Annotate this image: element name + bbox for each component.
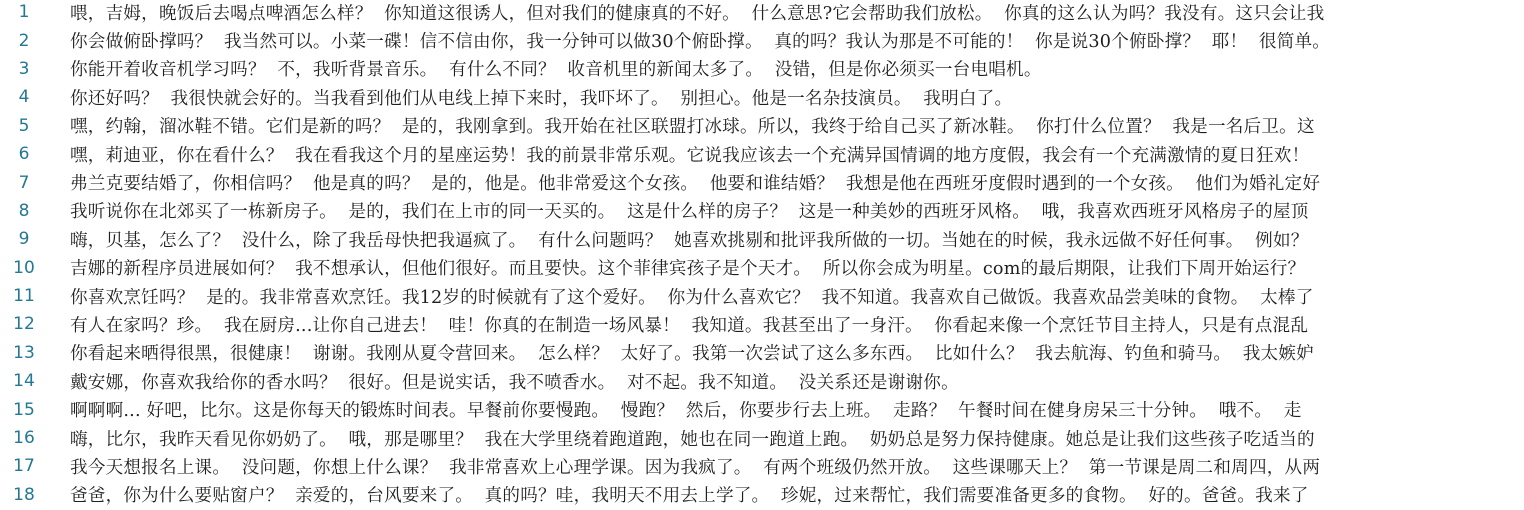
line-number: 4 (0, 87, 46, 107)
line-number: 12 (0, 314, 46, 334)
editor-line[interactable]: 17 我今天想报名上课。 没问题，你想上什么课？ 我非常喜欢上心理学课。因为我疯… (0, 452, 1524, 480)
editor-line[interactable]: 2 你会做俯卧撑吗？ 我当然可以。小菜一碟！信不信由你，我一分钟可以做30个俯卧… (0, 26, 1524, 54)
editor-line[interactable]: 16 嗨，比尔，我昨天看见你奶奶了。 哦，那是哪里？ 我在大学里绕着跑道跑，她也… (0, 424, 1524, 452)
editor-line[interactable]: 5 嘿，约翰，溜冰鞋不错。它们是新的吗？ 是的，我刚拿到。我开始在社区联盟打冰球… (0, 112, 1524, 140)
line-text[interactable]: 你能开着收音机学习吗？ 不，我听背景音乐。 有什么不同？ 收音机里的新闻太多了。… (70, 56, 1042, 81)
editor-line[interactable]: 10 吉娜的新程序员进展如何？ 我不想承认，但他们很好。而且要快。这个菲律宾孩子… (0, 254, 1524, 282)
line-text[interactable]: 戴安娜，你喜欢我给你的香水吗？ 很好。但是说实话，我不喷香水。 对不起。我不知道… (70, 369, 959, 394)
line-text[interactable]: 你还好吗？ 我很快就会好的。当我看到他们从电线上掉下来时，我吓坏了。 别担心。他… (70, 85, 1012, 110)
line-text[interactable]: 弗兰克要结婚了，你相信吗？ 他是真的吗？ 是的，他是。他非常爱这个女孩。 他要和… (70, 170, 1320, 195)
line-text[interactable]: 嘿，莉迪亚，你在看什么？ 我在看我这个月的星座运势！我的前景非常乐观。它说我应该… (70, 142, 1309, 167)
line-text[interactable]: 啊啊啊... 好吧，比尔。这是你每天的锻炼时间表。早餐前你要慢跑。 慢跑？ 然后… (70, 397, 1302, 422)
editor-line[interactable]: 1 喂，吉姆，晚饭后去喝点啤酒怎么样？ 你知道这很诱人，但对我们的健康真的不好。… (0, 0, 1524, 26)
line-number: 13 (0, 343, 46, 363)
text-editor[interactable]: 1 喂，吉姆，晚饭后去喝点啤酒怎么样？ 你知道这很诱人，但对我们的健康真的不好。… (0, 0, 1524, 510)
editor-line[interactable]: 9 嗨，贝基，怎么了？ 没什么，除了我岳母快把我逼疯了。 有什么问题吗？ 她喜欢… (0, 225, 1524, 253)
line-number: 5 (0, 116, 46, 136)
line-text[interactable]: 嗨，贝基，怎么了？ 没什么，除了我岳母快把我逼疯了。 有什么问题吗？ 她喜欢挑剔… (70, 227, 1309, 252)
line-number: 10 (0, 258, 46, 278)
line-number: 3 (0, 59, 46, 79)
line-text[interactable]: 爸爸，你为什么要贴窗户？ 亲爱的，台风要来了。 真的吗？哇，我明天不用去上学了。… (70, 482, 1309, 507)
editor-line[interactable]: 15 啊啊啊... 好吧，比尔。这是你每天的锻炼时间表。早餐前你要慢跑。 慢跑？… (0, 395, 1524, 423)
line-number: 14 (0, 371, 46, 391)
line-number: 17 (0, 456, 46, 476)
line-text[interactable]: 我听说你在北郊买了一栋新房子。 是的，我们在上市的同一天买的。 这是什么样的房子… (70, 198, 1309, 223)
editor-line[interactable]: 6 嘿，莉迪亚，你在看什么？ 我在看我这个月的星座运势！我的前景非常乐观。它说我… (0, 140, 1524, 168)
line-text[interactable]: 你喜欢烹饪吗？ 是的。我非常喜欢烹饪。我12岁的时候就有了这个爱好。 你为什么喜… (70, 284, 1314, 309)
editor-line[interactable]: 14 戴安娜，你喜欢我给你的香水吗？ 很好。但是说实话，我不喷香水。 对不起。我… (0, 367, 1524, 395)
editor-line[interactable]: 7 弗兰克要结婚了，你相信吗？ 他是真的吗？ 是的，他是。他非常爱这个女孩。 他… (0, 168, 1524, 196)
line-number: 6 (0, 144, 46, 164)
line-text[interactable]: 你看起来晒得很黑，很健康！ 谢谢。我刚从夏令营回来。 怎么样？ 太好了。我第一次… (70, 340, 1314, 365)
line-number: 8 (0, 201, 46, 221)
line-number: 11 (0, 286, 46, 306)
line-text[interactable]: 嗨，比尔，我昨天看见你奶奶了。 哦，那是哪里？ 我在大学里绕着跑道跑，她也在同一… (70, 426, 1315, 451)
editor-line[interactable]: 18 爸爸，你为什么要贴窗户？ 亲爱的，台风要来了。 真的吗？哇，我明天不用去上… (0, 481, 1524, 509)
line-number: 18 (0, 485, 46, 505)
editor-line[interactable]: 11 你喜欢烹饪吗？ 是的。我非常喜欢烹饪。我12岁的时候就有了这个爱好。 你为… (0, 282, 1524, 310)
line-number: 16 (0, 428, 46, 448)
line-text[interactable]: 嘿，约翰，溜冰鞋不错。它们是新的吗？ 是的，我刚拿到。我开始在社区联盟打冰球。所… (70, 113, 1315, 138)
line-text[interactable]: 喂，吉姆，晚饭后去喝点啤酒怎么样？ 你知道这很诱人，但对我们的健康真的不好。 什… (70, 0, 1324, 25)
editor-line[interactable]: 13 你看起来晒得很黑，很健康！ 谢谢。我刚从夏令营回来。 怎么样？ 太好了。我… (0, 339, 1524, 367)
line-number: 9 (0, 229, 46, 249)
line-number: 2 (0, 31, 46, 51)
line-number: 1 (0, 2, 46, 22)
line-number: 15 (0, 400, 46, 420)
editor-line[interactable]: 4 你还好吗？ 我很快就会好的。当我看到他们从电线上掉下来时，我吓坏了。 别担心… (0, 83, 1524, 111)
editor-line[interactable]: 8 我听说你在北郊买了一栋新房子。 是的，我们在上市的同一天买的。 这是什么样的… (0, 197, 1524, 225)
line-text[interactable]: 你会做俯卧撑吗？ 我当然可以。小菜一碟！信不信由你，我一分钟可以做30个俯卧撑。… (70, 28, 1330, 53)
line-text[interactable]: 吉娜的新程序员进展如何？ 我不想承认，但他们很好。而且要快。这个菲律宾孩子是个天… (70, 255, 1305, 280)
line-number: 7 (0, 173, 46, 193)
editor-line[interactable]: 12 有人在家吗？珍。 我在厨房...让你自己进去！ 哇！你真的在制造一场风暴！… (0, 310, 1524, 338)
line-text[interactable]: 有人在家吗？珍。 我在厨房...让你自己进去！ 哇！你真的在制造一场风暴！ 我知… (70, 312, 1308, 337)
editor-line[interactable]: 3 你能开着收音机学习吗？ 不，我听背景音乐。 有什么不同？ 收音机里的新闻太多… (0, 55, 1524, 83)
line-text[interactable]: 我今天想报名上课。 没问题，你想上什么课？ 我非常喜欢上心理学课。因为我疯了。 … (70, 454, 1320, 479)
